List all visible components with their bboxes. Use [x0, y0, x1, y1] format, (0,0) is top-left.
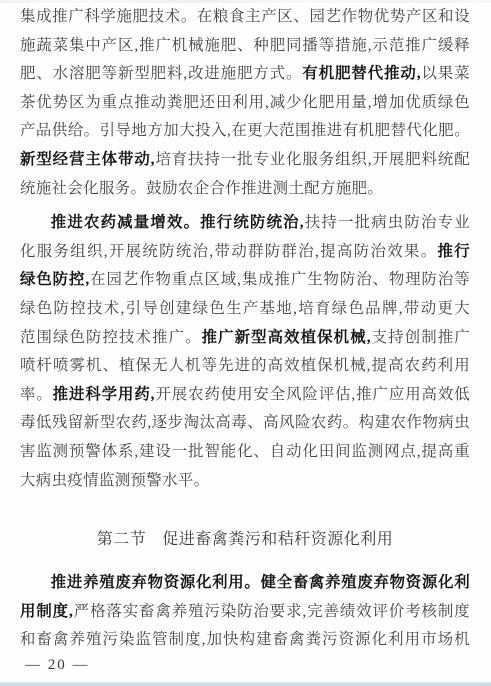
text-run: 率。	[20, 386, 53, 403]
section-heading: 第二节促进畜禽粪污和秸秆资源化利用	[20, 525, 470, 555]
para-livestock-waste-recycling: 推进养殖废弃物资源化利用。健全畜禽养殖废弃物资源化利用制度,严格落实畜禽养殖污染…	[20, 569, 470, 655]
text-run: 施蔬菜集中产区,推广机械施肥、种肥同播等措施,示范推广缓释	[20, 37, 470, 54]
emphasis-run: 用制度,	[20, 603, 73, 620]
text-line: 化服务组织,开展统防统治,带动群防群治,提高防治效果。推行	[20, 238, 470, 267]
emphasis-run: 有机肥替代推动,	[302, 65, 421, 82]
text-line: 范围绿色防控技术推广。推广新型高效植保机械,支持创制推广	[20, 324, 470, 353]
para-scientific-fertilization: 集成推广科学施肥技术。在粮食主产区、园艺作物优势产区和设施蔬菜集中产区,推广机械…	[20, 3, 470, 203]
emphasis-run: 推进科学用药,	[53, 386, 155, 403]
text-line: 用制度,严格落实畜禽养殖污染防治要求,完善绩效评价考核制度	[20, 598, 470, 627]
page-number: — 20 —	[25, 657, 470, 674]
text-run: 和畜禽养殖污染监管制度,加快构建畜禽粪污资源化利用市场机	[20, 631, 470, 648]
emphasis-run: 推广新型高效植保机械,	[202, 329, 371, 346]
text-line: 绿色防控,在园艺作物重点区域,集成推广生物防治、物理防治等	[20, 266, 470, 295]
text-run: 茶优势区为重点推动粪肥还田利用,减少化肥用量,增加优质绿色	[20, 94, 470, 111]
text-line: 喷杆喷雾机、植保无人机等先进的高效植保机械,提高农药利用	[20, 352, 470, 381]
scan-edge-bottom	[0, 682, 491, 686]
para-pesticide-reduction: 推进农药减量增效。推行统防统治,扶持一批病虫防治专业化服务组织,开展统防统治,带…	[20, 209, 470, 495]
text-line: 新型经营主体带动,培育扶持一批专业化服务组织,开展肥料统配	[20, 146, 470, 175]
text-run: 严格落实畜禽养殖污染防治要求,完善绩效评价考核制度	[73, 603, 470, 620]
text-run: 扶持一批病虫防治专业	[304, 214, 470, 231]
text-run: 化服务组织,开展统防统治,带动群防群治,提高防治效果。	[20, 243, 437, 260]
text-line: 肥、水溶肥等新型肥料,改进施肥方式。有机肥替代推动,以果菜	[20, 60, 470, 89]
text-line: 毒低残留新型农药,逐步淘汰高毒、高风险农药。构建农作物病虫	[20, 409, 470, 438]
emphasis-run: 推进养殖废弃物资源化利用。健全畜禽养殖废弃物资源化利	[51, 574, 470, 591]
section-number: 第二节	[97, 531, 147, 548]
text-run: 支持创制推广	[371, 329, 470, 346]
emphasis-run: 新型经营主体带动,	[20, 151, 155, 168]
emphasis-run: 推行	[437, 243, 470, 260]
text-run: 开展农药使用安全风险评估,推广应用高效低	[155, 386, 470, 403]
text-run: 以果菜	[421, 65, 470, 82]
emphasis-run: 绿色防控,	[20, 271, 90, 288]
text-run: 培育扶持一批专业化服务组织,开展肥料统配	[155, 151, 470, 168]
section-title: 促进畜禽粪污和秸秆资源化利用	[162, 531, 393, 548]
text-run: 喷杆喷雾机、植保无人机等先进的高效植保机械,提高农药利用	[20, 357, 470, 374]
text-line: 产品供给。引导地方加大投入,在更大范围推进有机肥替代化肥。	[20, 117, 470, 146]
text-line: 施蔬菜集中产区,推广机械施肥、种肥同播等措施,示范推广缓释	[20, 32, 470, 61]
text-line: 集成推广科学施肥技术。在粮食主产区、园艺作物优势产区和设	[20, 3, 470, 32]
text-line: 大病虫疫情监测预警水平。	[20, 467, 470, 496]
text-run: 肥、水溶肥等新型肥料,改进施肥方式。	[20, 65, 302, 82]
text-run: 害监测预警体系,建设一批智能化、自动化田间监测网点,提高重	[20, 443, 470, 460]
text-line: 绿色防控技术,引导创建绿色生产基地,培育绿色品牌,带动更大	[20, 295, 470, 324]
scan-noise-top	[0, 0, 491, 3]
text-line: 统施社会化服务。鼓励农企合作推进测土配方施肥。	[20, 175, 470, 204]
text-line: 推进农药减量增效。推行统防统治,扶持一批病虫防治专业	[20, 209, 470, 238]
text-run: 范围绿色防控技术推广。	[20, 329, 202, 346]
text-run: 绿色防控技术,引导创建绿色生产基地,培育绿色品牌,带动更大	[20, 300, 470, 317]
emphasis-run: 推进农药减量增效。推行统防统治,	[51, 214, 304, 231]
text-line: 和畜禽养殖污染监管制度,加快构建畜禽粪污资源化利用市场机	[20, 626, 470, 655]
text-run: 产品供给。引导地方加大投入,在更大范围推进有机肥替代化肥。	[20, 122, 470, 139]
document-body: 集成推广科学施肥技术。在粮食主产区、园艺作物优势产区和设施蔬菜集中产区,推广机械…	[20, 3, 470, 655]
text-run: 在园艺作物重点区域,集成推广生物防治、物理防治等	[90, 271, 470, 288]
text-run: 统施社会化服务。鼓励农企合作推进测土配方施肥。	[20, 180, 383, 197]
document-page: 集成推广科学施肥技术。在粮食主产区、园艺作物优势产区和设施蔬菜集中产区,推广机械…	[0, 0, 491, 686]
text-run: 大病虫疫情监测预警水平。	[20, 472, 210, 489]
text-line: 害监测预警体系,建设一批智能化、自动化田间监测网点,提高重	[20, 438, 470, 467]
text-run: 毒低残留新型农药,逐步淘汰高毒、高风险农药。构建农作物病虫	[20, 414, 470, 431]
text-line: 茶优势区为重点推动粪肥还田利用,减少化肥用量,增加优质绿色	[20, 89, 470, 118]
text-line: 率。推进科学用药,开展农药使用安全风险评估,推广应用高效低	[20, 381, 470, 410]
text-line: 推进养殖废弃物资源化利用。健全畜禽养殖废弃物资源化利	[20, 569, 470, 598]
text-run: 集成推广科学施肥技术。在粮食主产区、园艺作物优势产区和设	[20, 8, 470, 25]
